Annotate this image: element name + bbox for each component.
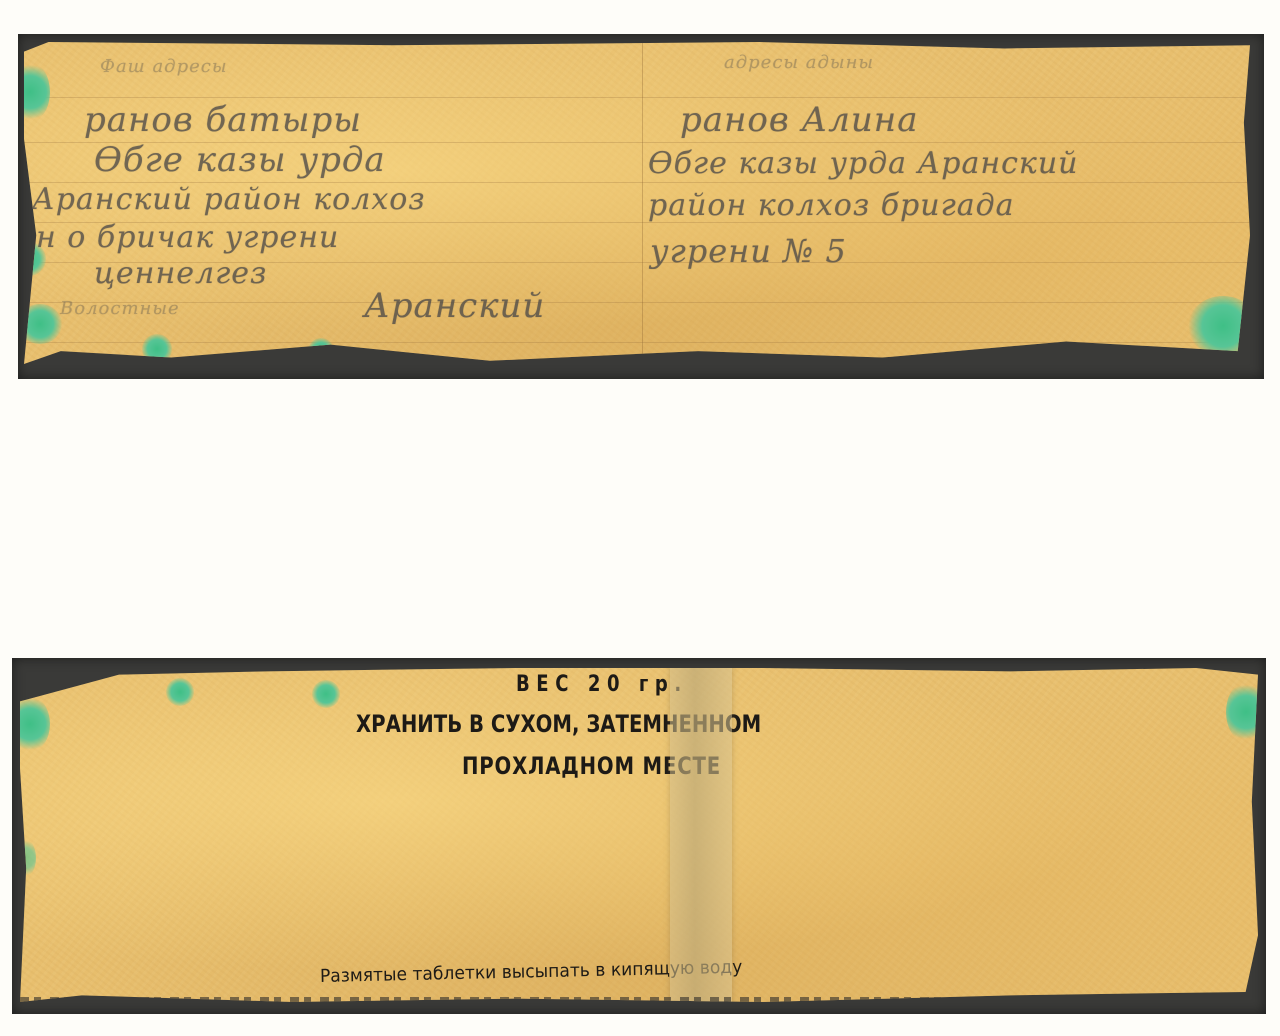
handwritten-line: район колхоз бригада xyxy=(648,188,1015,223)
handwritten-line: Өбге казы урда xyxy=(94,140,386,180)
handwritten-line: Өбге казы урда Аранский xyxy=(648,146,1078,181)
faint-footer-left: Волостные xyxy=(60,298,180,319)
handwritten-line: н о бричак угрени xyxy=(36,220,339,255)
handwritten-line: ценнелгез xyxy=(94,256,267,291)
handwritten-line: ранов Алина xyxy=(680,100,918,140)
front-fragment-paper: Фаш адресы ранов батыры Өбге казы урда А… xyxy=(24,42,1250,364)
back-fragment-paper: ВЕС 20 гр. ХРАНИТЬ В СУХОМ, ЗАТЕМНЕННОМ … xyxy=(20,668,1258,1002)
fold-line xyxy=(642,42,643,364)
faint-header-right: адресы адыны xyxy=(724,52,874,73)
mold-stain xyxy=(166,678,194,706)
mold-stain xyxy=(10,62,50,122)
handwritten-signature: Аранский xyxy=(364,286,545,326)
handwritten-line: ранов батыры xyxy=(84,100,362,140)
printed-weight: ВЕС 20 гр. xyxy=(516,672,688,697)
handwritten-line: Аранский район колхоз xyxy=(32,182,426,217)
faint-header-left: Фаш адресы xyxy=(100,56,228,77)
mold-stain xyxy=(312,680,340,708)
handwritten-line: угрени № 5 xyxy=(650,232,847,270)
tape-strip xyxy=(670,664,732,1006)
